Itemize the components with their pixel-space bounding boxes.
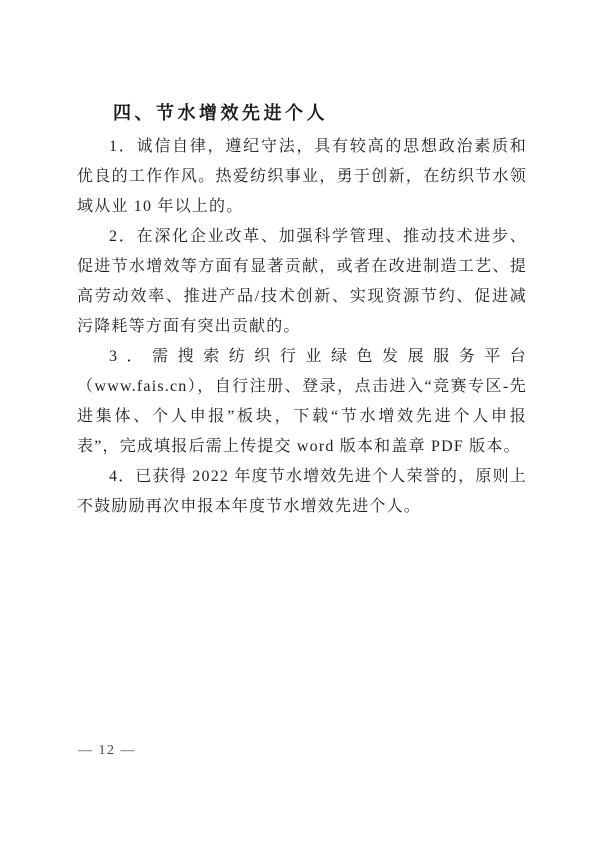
paragraph-2: 2．在深化企业改革、加强科学管理、推动技术进步、促进节水增效等方面有显著贡献，或… xyxy=(77,222,527,342)
paragraph-4: 4．已获得 2022 年度节水增效先进个人荣誉的，原则上不鼓励励再次申报本年度节… xyxy=(77,462,527,522)
document-page: 四、节水增效先进个人 1．诚信自律，遵纪守法，具有较高的思想政治素质和优良的工作… xyxy=(0,0,600,848)
paragraph-3: 3．需搜索纺织行业绿色发展服务平台（www.fais.cn），自行注册、登录，点… xyxy=(77,342,527,462)
page-number: — 12 — xyxy=(78,743,136,759)
paragraph-1: 1．诚信自律，遵纪守法，具有较高的思想政治素质和优良的工作作风。热爱纺织事业，勇… xyxy=(77,132,527,222)
section-heading: 四、节水增效先进个人 xyxy=(77,98,527,128)
document-body: 四、节水增效先进个人 1．诚信自律，遵纪守法，具有较高的思想政治素质和优良的工作… xyxy=(77,98,527,522)
